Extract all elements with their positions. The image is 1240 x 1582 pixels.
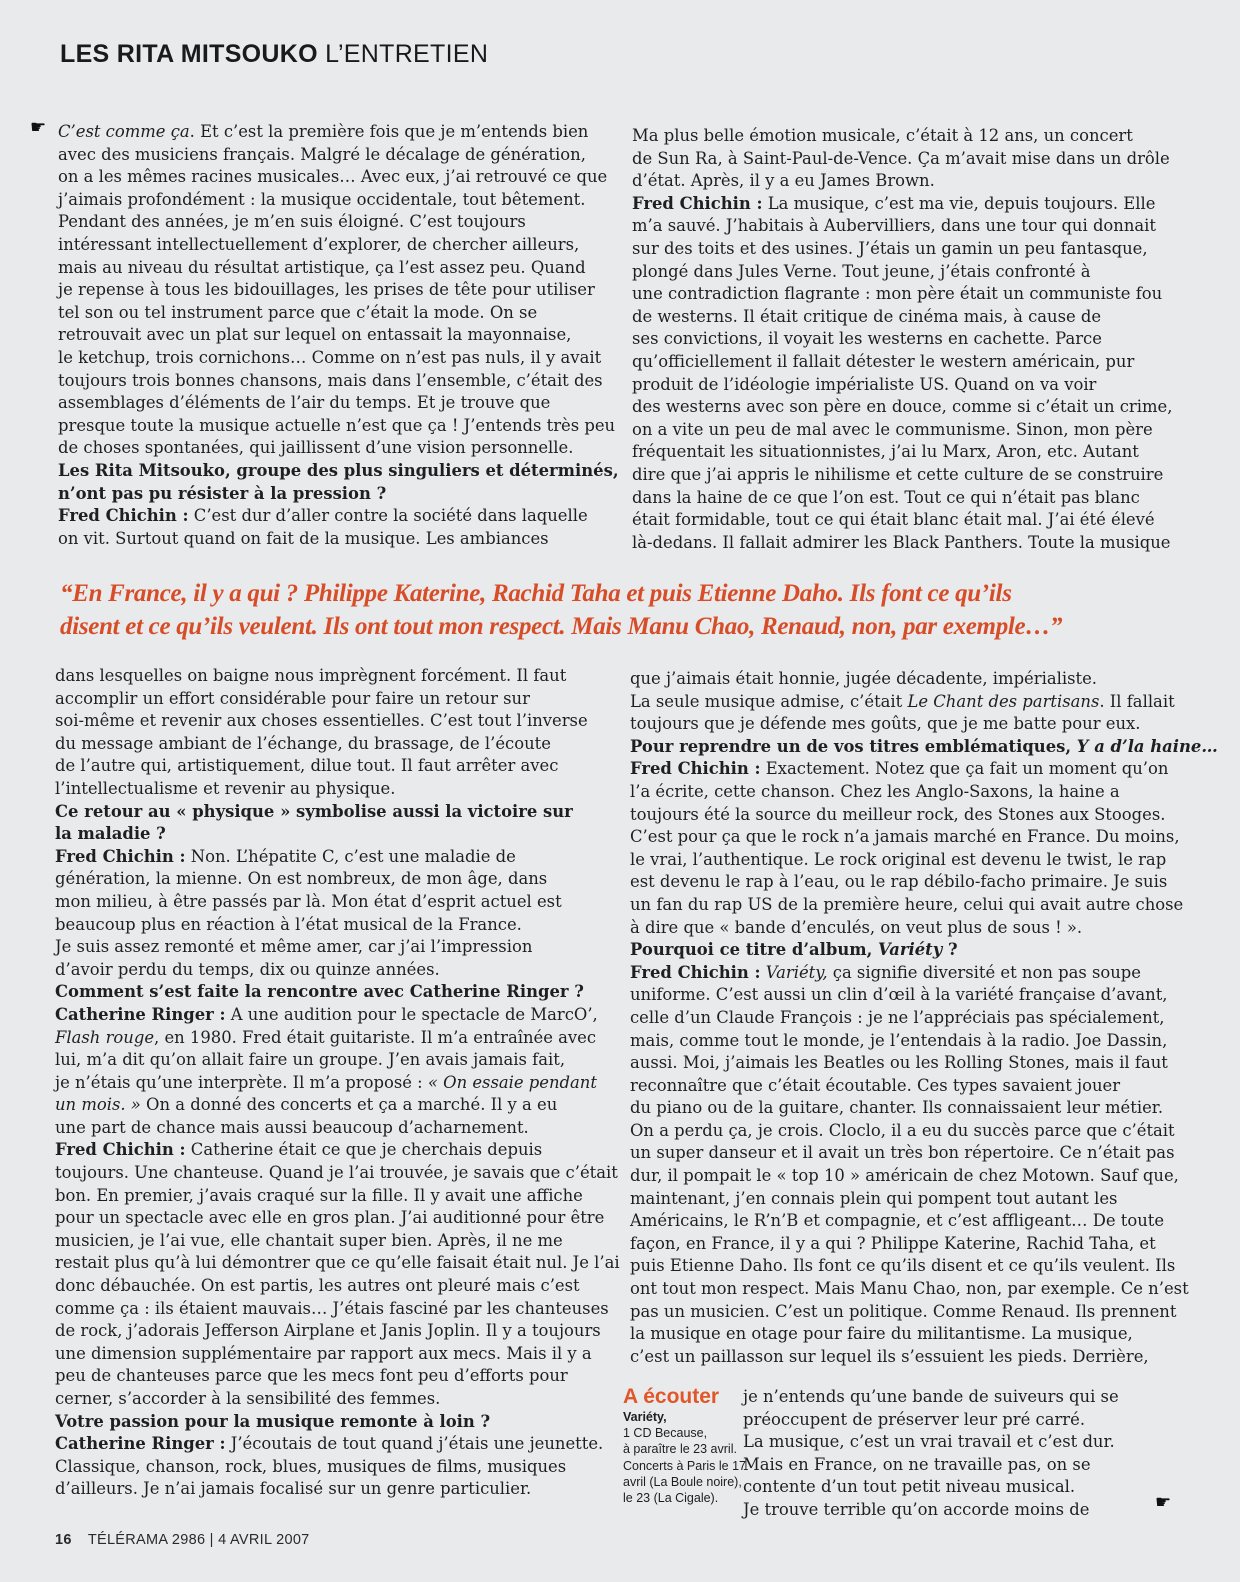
body-text: de rock, j’adorais Jefferson Airplane et… <box>55 1321 601 1340</box>
continuation-pointer-icon: ☛ <box>1155 1492 1171 1513</box>
pull-quote: “En France, il y a qui ? Philippe Kateri… <box>60 577 1190 643</box>
text-line: un fan du rap US de la première heure, c… <box>630 894 1190 917</box>
body-text: des westerns avec son père en douce, com… <box>632 397 1172 416</box>
text-line: est devenu le rap à l’eau, ou le rap déb… <box>630 871 1190 894</box>
text-line: reconnaître que c’était écoutable. Ces t… <box>630 1075 1190 1098</box>
body-text: l’a écrite, cette chanson. Chez les Angl… <box>630 782 1120 801</box>
text-line: Catherine Ringer : A une audition pour l… <box>55 1004 605 1027</box>
body-text: pour un spectacle avec elle en gros plan… <box>55 1208 604 1227</box>
text-line: Pourquoi ce titre d’album, Variéty ? <box>630 939 1190 962</box>
body-text: une dimension supplémentaire par rapport… <box>55 1344 592 1363</box>
text-line: Ma plus belle émotion musicale, c’était … <box>632 125 1187 148</box>
text-line: préoccupent de préserver leur pré carré. <box>743 1409 1193 1432</box>
album-title: Variéty, <box>623 1409 763 1425</box>
body-text: produit de l’idéologie impérialiste US. … <box>632 375 1096 394</box>
text-line: je n’entends qu’une bande de suiveurs qu… <box>743 1386 1193 1409</box>
body-text: de westerns. Il était critique de cinéma… <box>632 307 1101 326</box>
body-text: . Il fallait <box>1099 692 1174 711</box>
article-column-bottom-right: que j’aimais était honnie, jugée décaden… <box>630 668 1190 1368</box>
text-line: de westerns. Il était critique de cinéma… <box>632 306 1187 329</box>
text-line: maintenant, j’en connais plein qui pompe… <box>630 1188 1190 1211</box>
text-line: ont tout mon respect. Mais Manu Chao, no… <box>630 1278 1190 1301</box>
text-line: une dimension supplémentaire par rapport… <box>55 1343 605 1366</box>
body-text: j’aimais profondément : la musique occid… <box>58 190 585 209</box>
text-line: C’est pour ça que le rock n’a jamais mar… <box>630 826 1190 849</box>
interview-question: Pour reprendre un de vos titres emblémat… <box>630 737 1077 756</box>
text-line: pas un musicien. C’est un politique. Com… <box>630 1301 1190 1324</box>
text-line: lui, m’a dit qu’on allait faire un group… <box>55 1049 605 1072</box>
body-text: Je suis assez remonté et même amer, car … <box>55 937 532 956</box>
body-text: une contradiction flagrante : mon père é… <box>632 284 1162 303</box>
quote-italic: un mois. » <box>55 1095 141 1114</box>
body-text: dire que j’ai appris le nihilisme et cet… <box>632 465 1163 484</box>
body-text: comme ça : ils étaient mauvais… J’étais … <box>55 1299 609 1318</box>
continuation-pointer-icon: ☛ <box>30 117 46 138</box>
text-line: Fred Chichin : Non. L’hépatite C, c’est … <box>55 846 605 869</box>
body-text: Mais en France, on ne travaille pas, on … <box>743 1455 1091 1474</box>
text-line: assemblages d’éléments de l’air du temps… <box>58 392 608 415</box>
text-line: La musique, c’est un vrai travail et c’e… <box>743 1431 1193 1454</box>
text-line: accomplir un effort considérable pour fa… <box>55 688 605 711</box>
text-line: m’a sauvé. J’habitais à Aubervilliers, d… <box>632 215 1187 238</box>
text-line: celle d’un Claude François : je ne l’app… <box>630 1007 1190 1030</box>
interview-question: la maladie ? <box>55 824 166 843</box>
text-line: intéressant intellectuellement d’explore… <box>58 234 608 257</box>
body-text: génération, la mienne. On est nombreux, … <box>55 869 547 888</box>
body-text: le vrai, l’authentique. Le rock original… <box>630 850 1166 869</box>
speaker-name: Catherine Ringer : <box>55 1434 226 1453</box>
body-text: J’écoutais de tout quand j’étais une jeu… <box>226 1434 604 1453</box>
page-title: LES RITA MITSOUKO L’ENTRETIEN <box>60 40 488 69</box>
text-line: l’intellectualisme et revenir au physiqu… <box>55 778 605 801</box>
speaker-name: Fred Chichin : <box>630 759 761 778</box>
article-column-top-right: Ma plus belle émotion musicale, c’était … <box>632 125 1187 554</box>
album-detail: le 23 (La Cigale). <box>623 1490 763 1506</box>
body-text: on a vite un peu de mal avec le communis… <box>632 420 1153 439</box>
body-text: Classique, chanson, rock, blues, musique… <box>55 1457 566 1476</box>
text-line: dire que j’ai appris le nihilisme et cet… <box>632 464 1187 487</box>
text-line: musicien, je l’ai vue, elle chantait sup… <box>55 1230 605 1253</box>
text-line: sur des toits et des usines. J’étais un … <box>632 238 1187 261</box>
body-text: un fan du rap US de la première heure, c… <box>630 895 1183 914</box>
section-title: LES RITA MITSOUKO <box>60 40 318 68</box>
body-text: m’a sauvé. J’habitais à Aubervilliers, d… <box>632 216 1156 235</box>
body-text: un super danseur et il avait un très bon… <box>630 1143 1175 1162</box>
body-text: toujours. Une chanteuse. Quand je l’ai t… <box>55 1163 618 1182</box>
body-text: accomplir un effort considérable pour fa… <box>55 689 530 708</box>
body-text: celle d’un Claude François : je ne l’app… <box>630 1008 1164 1027</box>
body-text: pas un musicien. C’est un politique. Com… <box>630 1302 1176 1321</box>
body-text: La seule musique admise, c’était <box>630 692 907 711</box>
body-text: On a donné des concerts et ça a marché. … <box>141 1095 557 1114</box>
text-line: Fred Chichin : C’est dur d’aller contre … <box>58 505 608 528</box>
publication-info: TÉLÉRAMA 2986 | 4 AVRIL 2007 <box>88 1532 310 1548</box>
album-detail: 1 CD Because, <box>623 1425 763 1441</box>
speaker-name: Fred Chichin : <box>55 847 186 866</box>
text-line: dans la haine de ce que l’on est. Tout c… <box>632 487 1187 510</box>
body-text: là-dedans. Il fallait admirer les Black … <box>632 533 1170 552</box>
text-line: plongé dans Jules Verne. Tout jeune, j’é… <box>632 261 1187 284</box>
text-line: Comment s’est faite la rencontre avec Ca… <box>55 981 605 1004</box>
body-text: . Et c’est la première fois que je m’ent… <box>190 122 589 141</box>
body-text: une part de chance mais aussi beaucoup d… <box>55 1118 529 1137</box>
body-text: de choses spontanées, qui jaillissent d’… <box>58 438 573 457</box>
text-line: dans lesquelles on baigne nous imprègnen… <box>55 665 605 688</box>
body-text: je n’étais qu’une interprète. Il m’a pro… <box>55 1073 428 1092</box>
text-line: uniforme. C’est aussi un clin d’œil à la… <box>630 984 1190 1007</box>
text-line: Catherine Ringer : J’écoutais de tout qu… <box>55 1433 605 1456</box>
body-text: peu de chanteuses parce que les mecs fon… <box>55 1366 568 1385</box>
article-column-bottom-right-tail: je n’entends qu’une bande de suiveurs qu… <box>743 1386 1193 1522</box>
body-text: préoccupent de préserver leur pré carré. <box>743 1410 1085 1429</box>
text-line: de l’autre qui, artistiquement, dilue to… <box>55 755 605 778</box>
body-text: on a les mêmes racines musicales… Avec e… <box>58 167 607 186</box>
body-text: C’est pour ça que le rock n’a jamais mar… <box>630 827 1180 846</box>
text-line: Je suis assez remonté et même amer, car … <box>55 936 605 959</box>
text-line: l’a écrite, cette chanson. Chez les Angl… <box>630 781 1190 804</box>
body-text: sur des toits et des usines. J’étais un … <box>632 239 1148 258</box>
text-line: Fred Chichin : Variéty, ça signifie dive… <box>630 962 1190 985</box>
text-line: de rock, j’adorais Jefferson Airplane et… <box>55 1320 605 1343</box>
text-line: là-dedans. Il fallait admirer les Black … <box>632 532 1187 555</box>
listen-box: A écouter Variéty, 1 CD Because, à paraî… <box>623 1385 763 1506</box>
text-line: toujours trois bonnes chansons, mais dan… <box>58 370 608 393</box>
interview-question: Votre passion pour la musique remonte à … <box>55 1412 490 1431</box>
quote-italic: « On essaie pendant <box>428 1073 597 1092</box>
song-title: Y a d’la haine… <box>1077 737 1218 756</box>
body-text: dans lesquelles on baigne nous imprègnen… <box>55 666 566 685</box>
text-line: comme ça : ils étaient mauvais… J’étais … <box>55 1298 605 1321</box>
text-line: presque toute la musique actuelle n’est … <box>58 415 608 438</box>
body-text: dur, il pompait le « top 10 » américain … <box>630 1166 1179 1185</box>
body-text: Je trouve terrible qu’on accorde moins d… <box>743 1500 1090 1519</box>
text-line: la maladie ? <box>55 823 605 846</box>
body-text: de l’autre qui, artistiquement, dilue to… <box>55 756 558 775</box>
album-detail: avril (La Boule noire), <box>623 1474 763 1490</box>
interview-question: Ce retour au « physique » symbolise auss… <box>55 802 573 821</box>
body-text: je n’entends qu’une bande de suiveurs qu… <box>743 1387 1119 1406</box>
body-text: toujours que je défende mes goûts, que j… <box>630 714 1140 733</box>
body-text: Non. L’hépatite C, c’est une maladie de <box>186 847 516 866</box>
text-line: restait plus qu’à lui démontrer que ce q… <box>55 1252 605 1275</box>
body-text: puis Etienne Daho. Ils font ce qu’ils di… <box>630 1256 1175 1275</box>
text-line: Les Rita Mitsouko, groupe des plus singu… <box>58 460 608 483</box>
body-text: Ma plus belle émotion musicale, c’était … <box>632 126 1133 145</box>
speaker-name: Fred Chichin : <box>55 1140 186 1159</box>
text-line: de Sun Ra, à Saint-Paul-de-Vence. Ça m’a… <box>632 148 1187 171</box>
interview-question: Les Rita Mitsouko, groupe des plus singu… <box>58 461 619 480</box>
speaker-name: Fred Chichin : <box>58 506 189 525</box>
body-text: contente d’un tout petit niveau musical. <box>743 1477 1075 1496</box>
text-line: on a vite un peu de mal avec le communis… <box>632 419 1187 442</box>
show-title: Flash rouge <box>55 1028 154 1047</box>
text-line: à dire que « bande d’enculés, on veut pl… <box>630 917 1190 940</box>
body-text: Catherine était ce que je cherchais depu… <box>186 1140 543 1159</box>
text-line: Ce retour au « physique » symbolise auss… <box>55 801 605 824</box>
text-line: Je trouve terrible qu’on accorde moins d… <box>743 1499 1193 1522</box>
body-text: assemblages d’éléments de l’air du temps… <box>58 393 550 412</box>
body-text: je repense à tous les bidouillages, les … <box>58 280 595 299</box>
body-text: de Sun Ra, à Saint-Paul-de-Vence. Ça m’a… <box>632 149 1170 168</box>
section-subtitle: L’ENTRETIEN <box>325 40 488 68</box>
text-line: On a perdu ça, je crois. Cloclo, il a eu… <box>630 1120 1190 1143</box>
album-detail: Concerts à Paris le 17 <box>623 1458 763 1474</box>
text-line: Flash rouge, en 1980. Fred était guitari… <box>55 1027 605 1050</box>
album-detail: à paraître le 23 avril. <box>623 1441 763 1457</box>
body-text: c’est un paillasson sur lequel ils s’ess… <box>630 1347 1149 1366</box>
text-line: bon. En premier, j’avais craqué sur la f… <box>55 1185 605 1208</box>
body-text: ont tout mon respect. Mais Manu Chao, no… <box>630 1279 1189 1298</box>
song-title: Le Chant des partisans <box>907 692 1099 711</box>
text-line: cerner, s’accorder à la sensibilité des … <box>55 1388 605 1411</box>
text-line: toujours. Une chanteuse. Quand je l’ai t… <box>55 1162 605 1185</box>
body-text: restait plus qu’à lui démontrer que ce q… <box>55 1253 620 1272</box>
text-line: on a les mêmes racines musicales… Avec e… <box>58 166 608 189</box>
body-text: d’ailleurs. Je n’ai jamais focalisé sur … <box>55 1479 531 1498</box>
text-line: Fred Chichin : Catherine était ce que je… <box>55 1139 605 1162</box>
text-line: Américains, le R’n’B et compagnie, et c’… <box>630 1210 1190 1233</box>
body-text: d’avoir perdu du temps, dix ou quinze an… <box>55 960 440 979</box>
body-text: fréquentait les situationnistes, j’ai lu… <box>632 442 1139 461</box>
text-line: C’est comme ça. Et c’est la première foi… <box>58 121 608 144</box>
body-text: ça signifie diversité et non pas soupe <box>828 963 1141 982</box>
interview-question: n’ont pas pu résister à la pression ? <box>58 484 386 503</box>
body-text: Exactement. Notez que ça fait un moment … <box>761 759 1169 778</box>
text-line: dur, il pompait le « top 10 » américain … <box>630 1165 1190 1188</box>
text-line: mon milieu, à être passés par là. Mon ét… <box>55 891 605 914</box>
body-text: l’intellectualisme et revenir au physiqu… <box>55 779 395 798</box>
text-line: donc débauchée. On est partis, les autre… <box>55 1275 605 1298</box>
body-text: cerner, s’accorder à la sensibilité des … <box>55 1389 440 1408</box>
text-line: toujours que je défende mes goûts, que j… <box>630 713 1190 736</box>
body-text: du message ambiant de l’échange, du bras… <box>55 734 551 753</box>
text-line: qu’officiellement il fallait détester le… <box>632 351 1187 374</box>
body-text: intéressant intellectuellement d’explore… <box>58 235 579 254</box>
text-line: fréquentait les situationnistes, j’ai lu… <box>632 441 1187 464</box>
text-line: aussi. Moi, j’aimais les Beatles ou les … <box>630 1052 1190 1075</box>
text-line: soi-même et revenir aux choses essentiel… <box>55 710 605 733</box>
album-title: Variéty <box>878 940 942 959</box>
text-line: ses convictions, il voyait les westerns … <box>632 328 1187 351</box>
text-line: d’avoir perdu du temps, dix ou quinze an… <box>55 959 605 982</box>
text-line: Mais en France, on ne travaille pas, on … <box>743 1454 1193 1477</box>
article-column-top-left: C’est comme ça. Et c’est la première foi… <box>58 121 608 550</box>
interview-question: ? <box>942 940 957 959</box>
text-line: Classique, chanson, rock, blues, musique… <box>55 1456 605 1479</box>
body-text: La musique, c’est ma vie, depuis toujour… <box>763 194 1156 213</box>
body-text: mais au niveau du résultat artistique, ç… <box>58 258 586 277</box>
text-line: Fred Chichin : La musique, c’est ma vie,… <box>632 193 1187 216</box>
body-text: bon. En premier, j’avais craqué sur la f… <box>55 1186 583 1205</box>
interview-question: Pourquoi ce titre d’album, <box>630 940 878 959</box>
text-line: mais au niveau du résultat artistique, ç… <box>58 257 608 280</box>
pull-quote-line: disent et ce qu’ils veulent. Ils ont tou… <box>60 610 1190 643</box>
body-text: La musique, c’est un vrai travail et c’e… <box>743 1432 1115 1451</box>
body-text: était formidable, tout ce qui était blan… <box>632 510 1155 529</box>
text-line: une contradiction flagrante : mon père é… <box>632 283 1187 306</box>
body-text: plongé dans Jules Verne. Tout jeune, j’é… <box>632 262 1091 281</box>
article-column-bottom-left: dans lesquelles on baigne nous imprègnen… <box>55 665 605 1501</box>
text-line: n’ont pas pu résister à la pression ? <box>58 483 608 506</box>
body-text: maintenant, j’en connais plein qui pompe… <box>630 1189 1117 1208</box>
text-line: des westerns avec son père en douce, com… <box>632 396 1187 419</box>
text-line: un mois. » On a donné des concerts et ça… <box>55 1094 605 1117</box>
body-text: mon milieu, à être passés par là. Mon ét… <box>55 892 562 911</box>
text-line: Votre passion pour la musique remonte à … <box>55 1411 605 1434</box>
text-line: façon, en France, il y a qui ? Philippe … <box>630 1233 1190 1256</box>
body-text: dans la haine de ce que l’on est. Tout c… <box>632 488 1140 507</box>
text-line: je n’étais qu’une interprète. Il m’a pro… <box>55 1072 605 1095</box>
body-text: d’état. Après, il y a eu James Brown. <box>632 171 935 190</box>
text-line: du piano ou de la guitare, chanter. Ils … <box>630 1097 1190 1120</box>
body-text: , en 1980. Fred était guitariste. Il m’a… <box>154 1028 596 1047</box>
body-text: tel son ou tel instrument parce que c’ét… <box>58 303 537 322</box>
body-text: toujours été la source du meilleur rock,… <box>630 805 1165 824</box>
body-text: du piano ou de la guitare, chanter. Ils … <box>630 1098 1163 1117</box>
body-text: beaucoup plus en réaction à l’état music… <box>55 915 522 934</box>
text-line: d’ailleurs. Je n’ai jamais focalisé sur … <box>55 1478 605 1501</box>
text-line: du message ambiant de l’échange, du bras… <box>55 733 605 756</box>
text-line: que j’aimais était honnie, jugée décaden… <box>630 668 1190 691</box>
text-line: retrouvait avec un plat sur lequel on en… <box>58 324 608 347</box>
text-line: pour un spectacle avec elle en gros plan… <box>55 1207 605 1230</box>
body-text: Américains, le R’n’B et compagnie, et c’… <box>630 1211 1164 1230</box>
text-line: La seule musique admise, c’était Le Chan… <box>630 691 1190 714</box>
text-line: un super danseur et il avait un très bon… <box>630 1142 1190 1165</box>
text-line: je repense à tous les bidouillages, les … <box>58 279 608 302</box>
body-text: A une audition pour le spectacle de Marc… <box>226 1005 598 1024</box>
body-text: on vit. Surtout quand on fait de la musi… <box>58 529 549 548</box>
text-line: le vrai, l’authentique. Le rock original… <box>630 849 1190 872</box>
body-text: Pendant des années, je m’en suis éloigné… <box>58 212 526 231</box>
pull-quote-line: “En France, il y a qui ? Philippe Kateri… <box>60 577 1190 610</box>
body-text: est devenu le rap à l’eau, ou le rap déb… <box>630 872 1167 891</box>
text-line: une part de chance mais aussi beaucoup d… <box>55 1117 605 1140</box>
text-line: le ketchup, trois cornichons… Comme on n… <box>58 347 608 370</box>
body-text: soi-même et revenir aux choses essentiel… <box>55 711 588 730</box>
text-line: peu de chanteuses parce que les mecs fon… <box>55 1365 605 1388</box>
body-text: lui, m’a dit qu’on allait faire un group… <box>55 1050 565 1069</box>
body-text: façon, en France, il y a qui ? Philippe … <box>630 1234 1156 1253</box>
text-line: j’aimais profondément : la musique occid… <box>58 189 608 212</box>
text-line: Fred Chichin : Exactement. Notez que ça … <box>630 758 1190 781</box>
text-line: mais, comme tout le monde, je l’entendai… <box>630 1030 1190 1053</box>
text-line: puis Etienne Daho. Ils font ce qu’ils di… <box>630 1255 1190 1278</box>
text-line: c’est un paillasson sur lequel ils s’ess… <box>630 1346 1190 1369</box>
body-text: uniforme. C’est aussi un clin d’œil à la… <box>630 985 1168 1004</box>
text-line: tel son ou tel instrument parce que c’ét… <box>58 302 608 325</box>
speaker-name: Fred Chichin : <box>632 194 763 213</box>
body-text: reconnaître que c’était écoutable. Ces t… <box>630 1076 1120 1095</box>
speaker-name: Catherine Ringer : <box>55 1005 226 1024</box>
body-text: musicien, je l’ai vue, elle chantait sup… <box>55 1231 563 1250</box>
body-text: que j’aimais était honnie, jugée décaden… <box>630 669 1097 688</box>
body-text: ses convictions, il voyait les westerns … <box>632 329 1102 348</box>
text-line: génération, la mienne. On est nombreux, … <box>55 868 605 891</box>
text-line: Pendant des années, je m’en suis éloigné… <box>58 211 608 234</box>
body-text: qu’officiellement il fallait détester le… <box>632 352 1134 371</box>
text-line: d’état. Après, il y a eu James Brown. <box>632 170 1187 193</box>
text-line: produit de l’idéologie impérialiste US. … <box>632 374 1187 397</box>
text-line: Pour reprendre un de vos titres emblémat… <box>630 736 1190 759</box>
body-text: aussi. Moi, j’aimais les Beatles ou les … <box>630 1053 1168 1072</box>
album-title: Variéty, <box>761 963 828 982</box>
page-number: 16 <box>55 1532 72 1548</box>
text-line: on vit. Surtout quand on fait de la musi… <box>58 528 608 551</box>
text-line: contente d’un tout petit niveau musical. <box>743 1476 1193 1499</box>
body-text: donc débauchée. On est partis, les autre… <box>55 1276 580 1295</box>
speaker-name: Fred Chichin : <box>630 963 761 982</box>
body-text: C’est dur d’aller contre la société dans… <box>189 506 588 525</box>
text-line: était formidable, tout ce qui était blan… <box>632 509 1187 532</box>
body-text: avec des musiciens français. Malgré le d… <box>58 145 586 164</box>
body-text: retrouvait avec un plat sur lequel on en… <box>58 325 571 344</box>
italic-lead: C’est comme ça <box>58 122 190 141</box>
body-text: à dire que « bande d’enculés, on veut pl… <box>630 918 1082 937</box>
page-footer: 16 TÉLÉRAMA 2986 | 4 AVRIL 2007 <box>55 1532 310 1548</box>
interview-question: Comment s’est faite la rencontre avec Ca… <box>55 982 584 1001</box>
text-line: de choses spontanées, qui jaillissent d’… <box>58 437 608 460</box>
text-line: beaucoup plus en réaction à l’état music… <box>55 914 605 937</box>
listen-box-title: A écouter <box>623 1385 763 1409</box>
body-text: mais, comme tout le monde, je l’entendai… <box>630 1031 1167 1050</box>
text-line: toujours été la source du meilleur rock,… <box>630 804 1190 827</box>
body-text: la musique en otage pour faire du milita… <box>630 1324 1133 1343</box>
body-text: On a perdu ça, je crois. Cloclo, il a eu… <box>630 1121 1175 1140</box>
body-text: toujours trois bonnes chansons, mais dan… <box>58 371 603 390</box>
body-text: presque toute la musique actuelle n’est … <box>58 416 615 435</box>
text-line: la musique en otage pour faire du milita… <box>630 1323 1190 1346</box>
text-line: avec des musiciens français. Malgré le d… <box>58 144 608 167</box>
body-text: le ketchup, trois cornichons… Comme on n… <box>58 348 601 367</box>
